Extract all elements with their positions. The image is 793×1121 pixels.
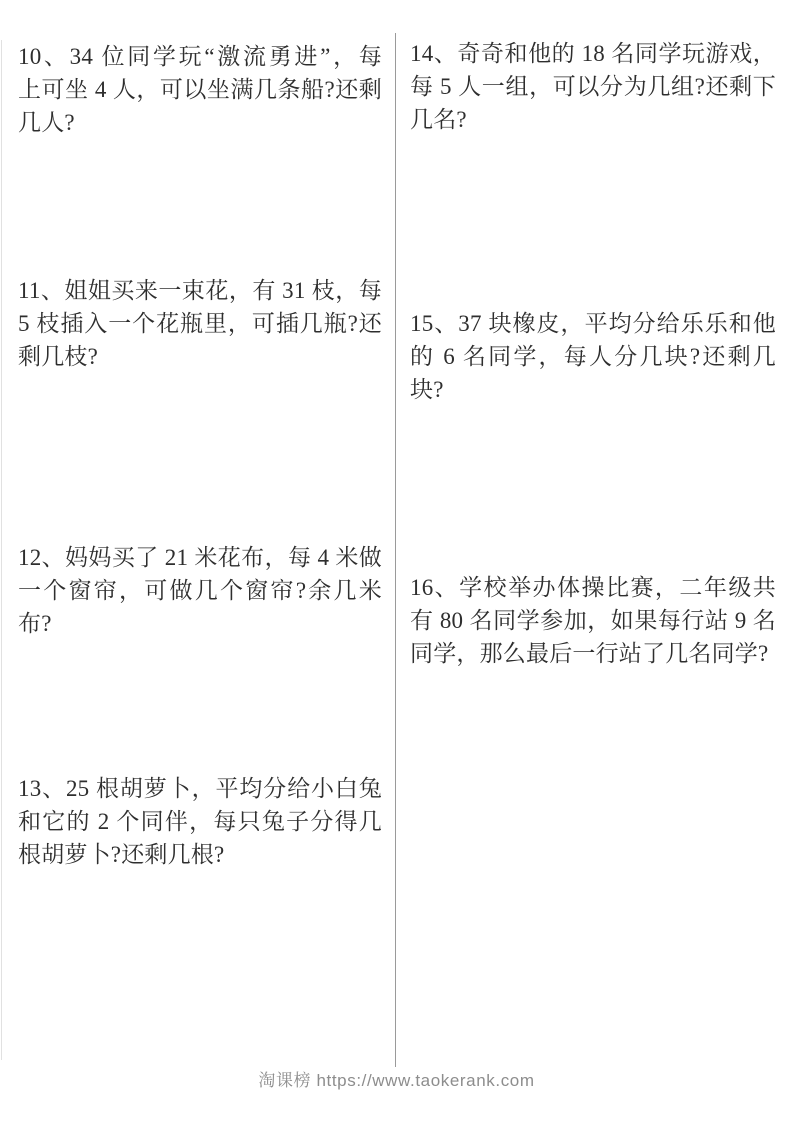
column-divider-line	[395, 33, 396, 1067]
problem-text-line: 12、妈妈买了 21 米花布，每 4 米做	[18, 541, 382, 574]
problem-15: 15、37 块橡皮，平均分给乐乐和他 的 6 名同学，每人分几块?还剩几 块?	[410, 307, 776, 406]
problem-text-line: 上可坐 4 人，可以坐满几条船?还剩	[18, 73, 382, 106]
page-left-edge-line	[1, 40, 2, 1060]
problem-text-line: 每 5 人一组，可以分为几组?还剩下	[410, 70, 776, 103]
problem-13: 13、25 根胡萝卜，平均分给小白兔 和它的 2 个同伴，每只兔子分得几 根胡萝…	[18, 772, 382, 871]
problem-text-line: 14、奇奇和他的 18 名同学玩游戏，	[410, 37, 776, 70]
problem-10: 10、34 位同学玩“激流勇进”，每 上可坐 4 人，可以坐满几条船?还剩 几人…	[18, 40, 382, 139]
worksheet-page: 10、34 位同学玩“激流勇进”，每 上可坐 4 人，可以坐满几条船?还剩 几人…	[0, 0, 793, 1121]
problem-text-line: 布?	[18, 607, 382, 640]
left-column: 10、34 位同学玩“激流勇进”，每 上可坐 4 人，可以坐满几条船?还剩 几人…	[18, 0, 382, 1060]
problem-text-line: 11、姐姐买来一束花，有 31 枝，每	[18, 274, 382, 307]
right-column: 14、奇奇和他的 18 名同学玩游戏， 每 5 人一组，可以分为几组?还剩下 几…	[410, 0, 776, 1060]
problem-text-line: 13、25 根胡萝卜，平均分给小白兔	[18, 772, 382, 805]
problem-text-line: 几名?	[410, 103, 776, 136]
problem-text-line: 15、37 块橡皮，平均分给乐乐和他	[410, 307, 776, 340]
problem-12: 12、妈妈买了 21 米花布，每 4 米做 一个窗帘，可做几个窗帘?余几米 布?	[18, 541, 382, 640]
problem-text-line: 有 80 名同学参加，如果每行站 9 名	[410, 604, 776, 637]
problem-text-line: 一个窗帘，可做几个窗帘?余几米	[18, 574, 382, 607]
problem-text-line: 块?	[410, 373, 776, 406]
problem-text-line: 同学，那么最后一行站了几名同学?	[410, 637, 776, 670]
problem-text-line: 几人?	[18, 106, 382, 139]
problem-11: 11、姐姐买来一束花，有 31 枝，每 5 枝插入一个花瓶里，可插几瓶?还 剩几…	[18, 274, 382, 373]
watermark-footer: 淘课榜 https://www.taokerank.com	[0, 1066, 793, 1091]
problem-16: 16、学校举办体操比赛，二年级共 有 80 名同学参加，如果每行站 9 名 同学…	[410, 571, 776, 670]
problem-text-line: 5 枝插入一个花瓶里，可插几瓶?还	[18, 307, 382, 340]
problem-text-line: 的 6 名同学，每人分几块?还剩几	[410, 340, 776, 373]
problem-text-line: 根胡萝卜?还剩几根?	[18, 838, 382, 871]
problem-text-line: 16、学校举办体操比赛，二年级共	[410, 571, 776, 604]
problem-14: 14、奇奇和他的 18 名同学玩游戏， 每 5 人一组，可以分为几组?还剩下 几…	[410, 37, 776, 136]
problem-text-line: 和它的 2 个同伴，每只兔子分得几	[18, 805, 382, 838]
problem-text-line: 10、34 位同学玩“激流勇进”，每	[18, 40, 382, 73]
problem-text-line: 剩几枝?	[18, 340, 382, 373]
